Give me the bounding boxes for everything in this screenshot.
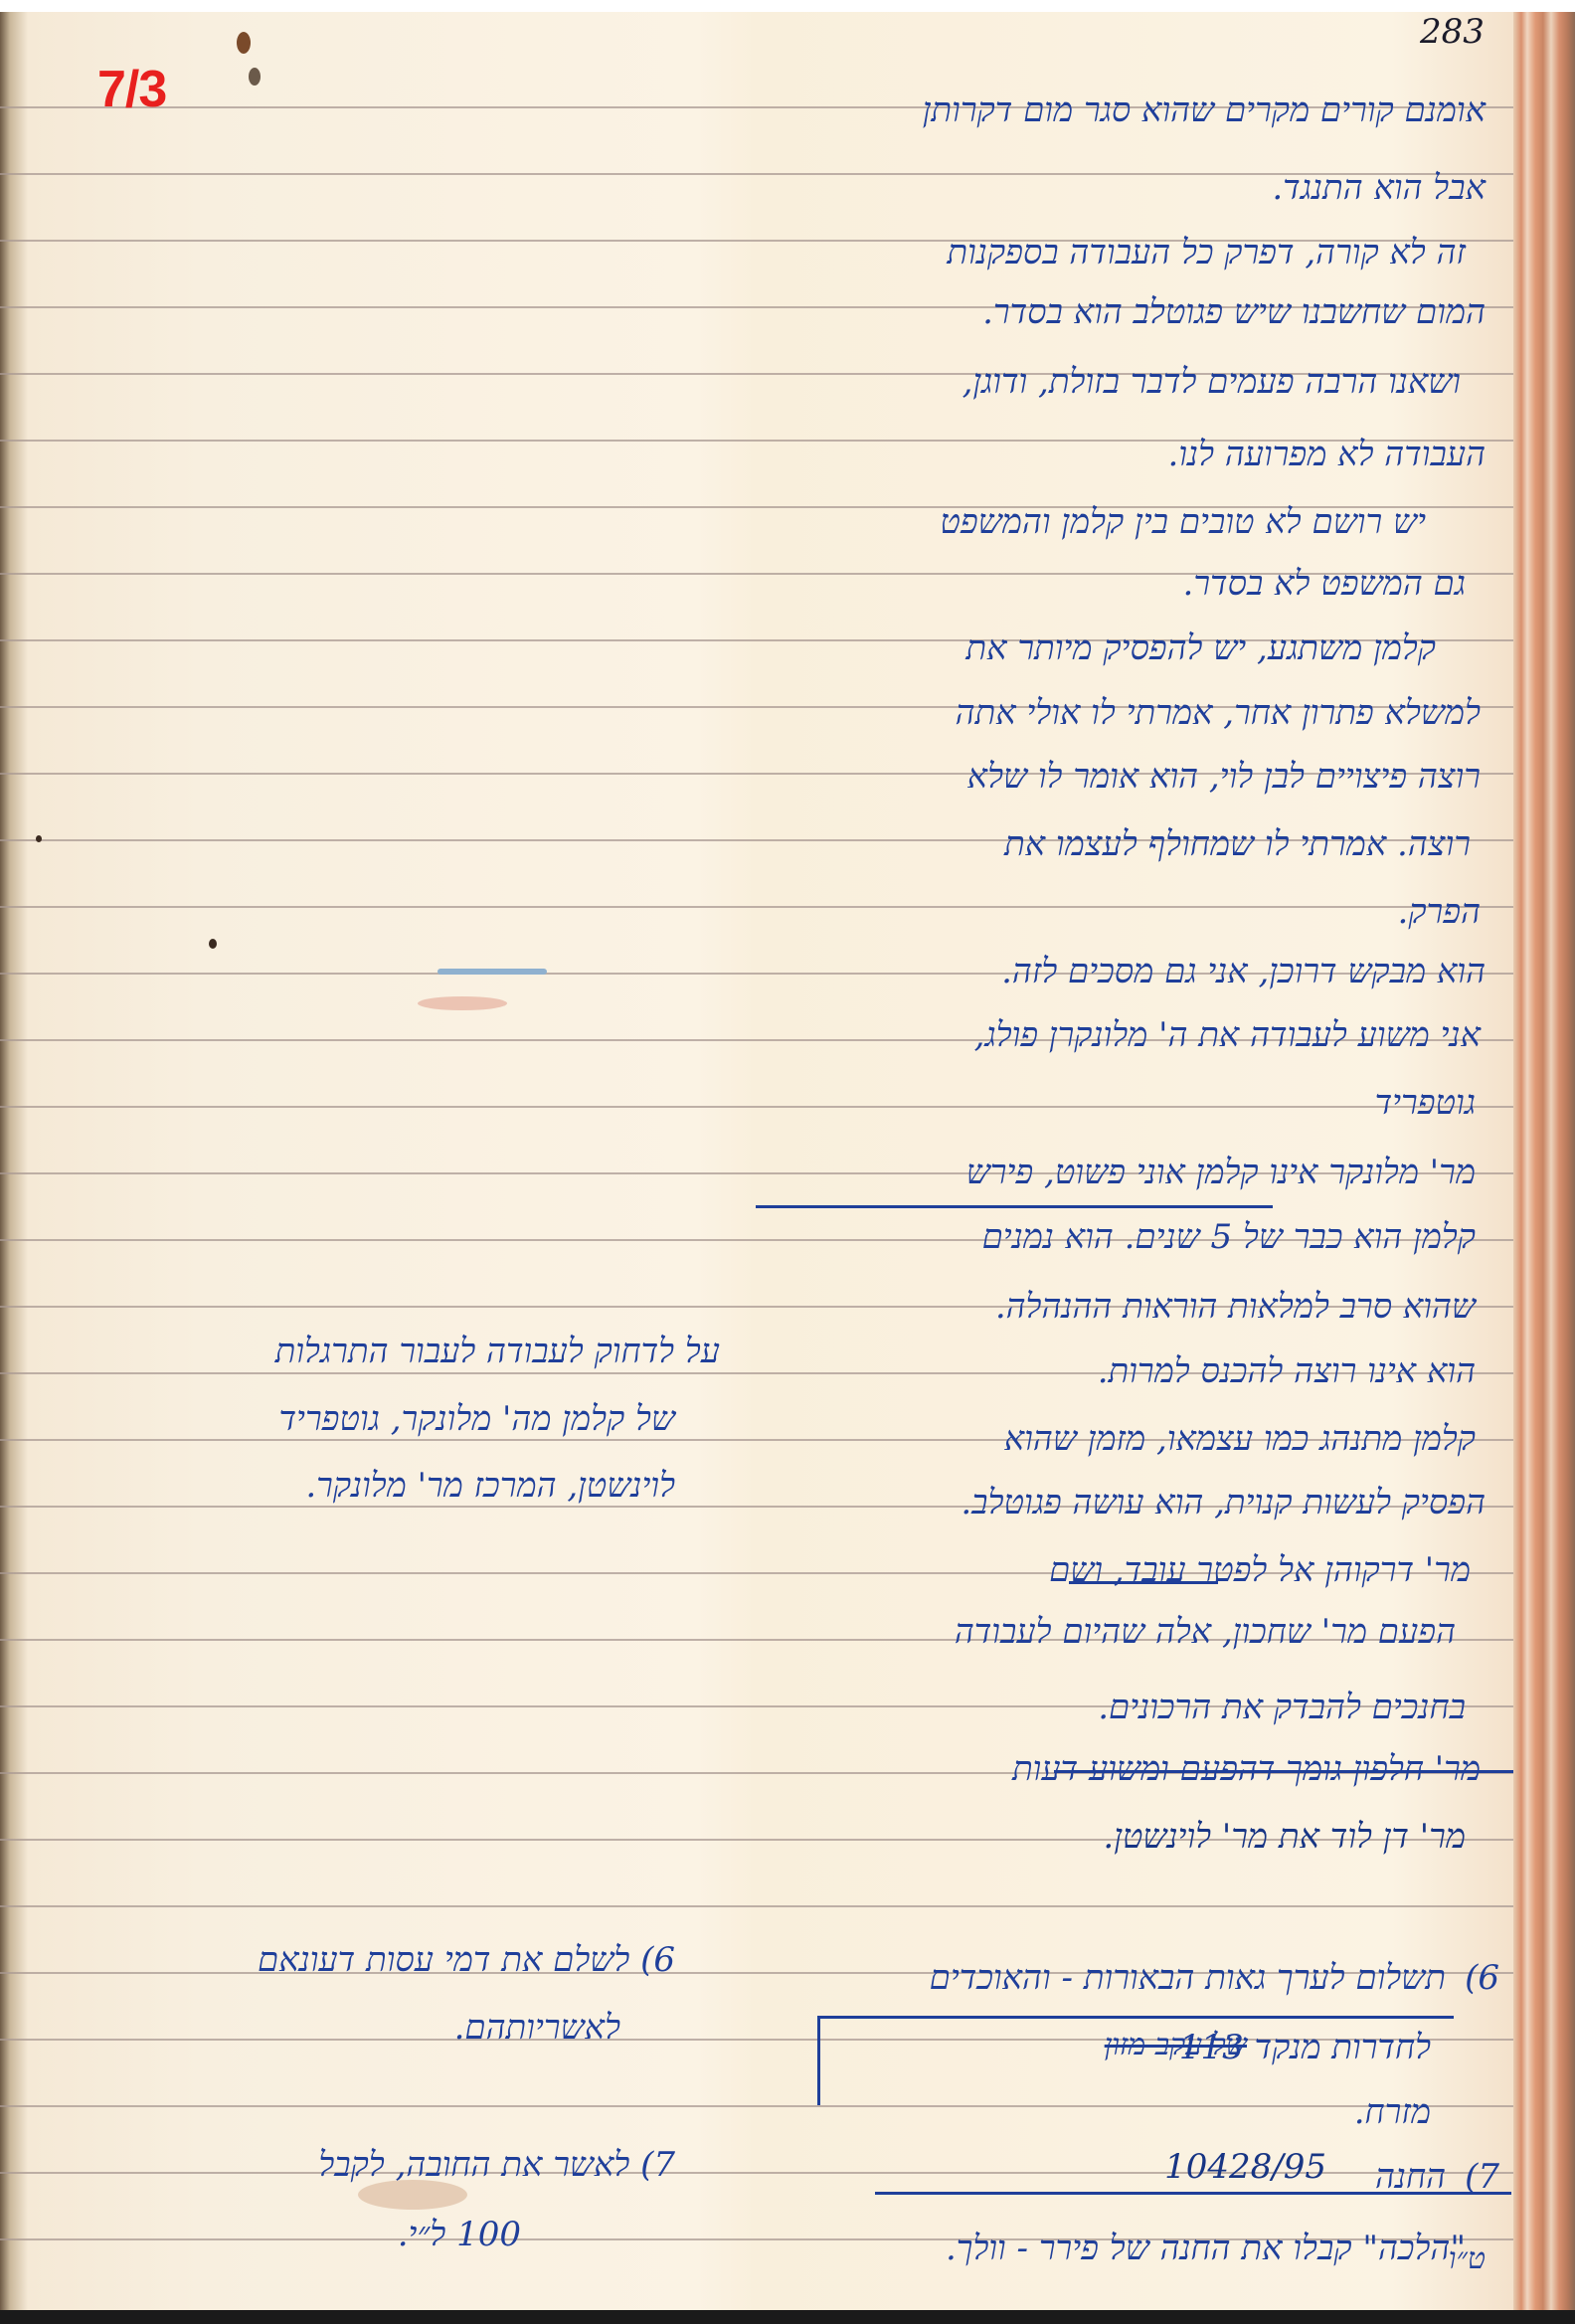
document-tag-label: 7/3 <box>97 60 166 119</box>
ink-stain <box>237 32 251 54</box>
bracket-line <box>817 2016 820 2105</box>
item-6-subtext: לחדרות מנקד 113 <box>1179 2031 1431 2064</box>
underline-mark <box>1069 1581 1218 1584</box>
margin-note-line: 7) לאשר את החובה, לקבל <box>318 2148 675 2182</box>
main-line: המום שחשבנו שיש פגוטלב הוא בסדר. <box>982 295 1486 329</box>
item-7-reference: 10428/95 <box>1164 2150 1326 2184</box>
margin-note-line: לוינשטן, המרכז מר' מלונקר. <box>305 1469 675 1503</box>
bottom-right-mark: ט״ו <box>1449 2244 1486 2274</box>
bracket-line <box>817 2016 1454 2019</box>
underline-mark <box>875 2192 1511 2195</box>
ink-dot <box>209 939 217 949</box>
main-line: שהוא סרב למלאות הוראות ההנהלה. <box>995 1290 1476 1324</box>
main-line: גם המשפט לא בסדר. <box>1183 567 1466 601</box>
notebook-page: 7/3 283 אומנם קורים מקרים שהוא סגר מום ד… <box>0 12 1575 2311</box>
main-line: מר' דן לוד את מר' לוינשטן. <box>1103 1820 1466 1854</box>
item-7-number: 7) <box>1465 2160 1499 2194</box>
scan-border <box>0 2310 1575 2324</box>
main-line: קלמן מתנהג כמו עצמאו, מזמן שהוא <box>1004 1422 1476 1456</box>
main-line: אומנם קורים מקרים שהוא סגר מום דקרותן <box>923 93 1486 127</box>
margin-note-line: לאשריותהם. <box>454 2011 620 2045</box>
rule-line <box>0 1905 1521 1907</box>
item-7-text: החנה <box>1375 2160 1446 2194</box>
item-6-text: תשלום לערך גאות הבאורות - והאוכדים <box>930 1961 1446 1995</box>
rust-smudge <box>418 996 507 1010</box>
underline-mark <box>1054 1770 1531 1773</box>
margin-note-line: של קלמן מה' מלונקר, גוטפריד <box>278 1402 675 1436</box>
main-line: מר' חלפון גומך דהפעם ומשוע דעות <box>1012 1752 1481 1786</box>
main-line: יש רושם לא טובים בין קלמן והמשפט <box>940 505 1426 539</box>
main-line: קלמן הוא כבר של 5 שנים. הוא נמנים <box>982 1220 1476 1254</box>
rule-line <box>0 2105 1521 2107</box>
notebook-spine <box>1513 12 1575 2311</box>
main-line: גוטפריד <box>1375 1086 1476 1120</box>
margin-note-line: 100 ל״י. <box>398 2218 521 2251</box>
item-6-number: 6) <box>1465 1961 1499 1995</box>
item-6-continuation: מזרח. <box>1354 2095 1431 2129</box>
main-line: אני משוע לעבודה את ה' מלונקרן פולג, <box>974 1018 1481 1052</box>
main-line: הפרק. <box>1398 895 1481 929</box>
main-line: הפסיק לעשות קנוית, הוא עושה פגוטלב. <box>961 1486 1486 1520</box>
main-line: למשלא פתרון אחר, אמרתי לו אולי אתה <box>956 696 1481 730</box>
main-line: הפעם מר' שחכון, אלה שהיום לעבודה <box>955 1615 1456 1649</box>
main-line: העבודה לא מפרועה לנו. <box>1168 438 1486 471</box>
main-line: רוצה. אמרתי לו שמחולף לעצמו את <box>1004 827 1471 861</box>
page-number: 283 <box>1420 12 1485 52</box>
blue-smudge <box>437 969 547 975</box>
main-line: בחנכים להבדק את הרכונים. <box>1098 1691 1466 1724</box>
rule-line <box>0 1106 1521 1108</box>
margin-note-line: על לדחוק לעבודה לעבור התרגלות <box>275 1335 720 1368</box>
main-line: מר' מלונקר אינו קלמן אוני פשוט, פירש <box>966 1156 1476 1189</box>
ink-stain <box>249 68 261 86</box>
margin-note-line: 6) לשלם את דמי עסות דעונאם <box>258 1943 675 1977</box>
item-7-continuation: "הלכה" קבלו את החנה של פירר - וולך. <box>946 2232 1466 2265</box>
main-line: אבל הוא התנגד. <box>1272 171 1486 205</box>
underline-mark <box>756 1205 1273 1208</box>
rule-line <box>0 906 1521 908</box>
main-line: קלמן משתגע, יש להפסיק מיותר את <box>965 631 1436 665</box>
main-line: ושאנו הרבה פעמים לדבר בזולת, ודוגן, <box>962 365 1461 399</box>
ink-dot <box>36 835 42 842</box>
main-line: הוא מבקש דרוכן, אני גם מסכים לזה. <box>1001 955 1486 988</box>
main-line: רוצה פיצויים לבן לוי, הוא אומר לו שלא <box>967 760 1481 794</box>
main-line: זה לא קורה, דפרק כל העבודה בספקנות <box>947 236 1466 269</box>
main-line: הוא אינו רוצה להכנס למרות. <box>1098 1354 1476 1388</box>
